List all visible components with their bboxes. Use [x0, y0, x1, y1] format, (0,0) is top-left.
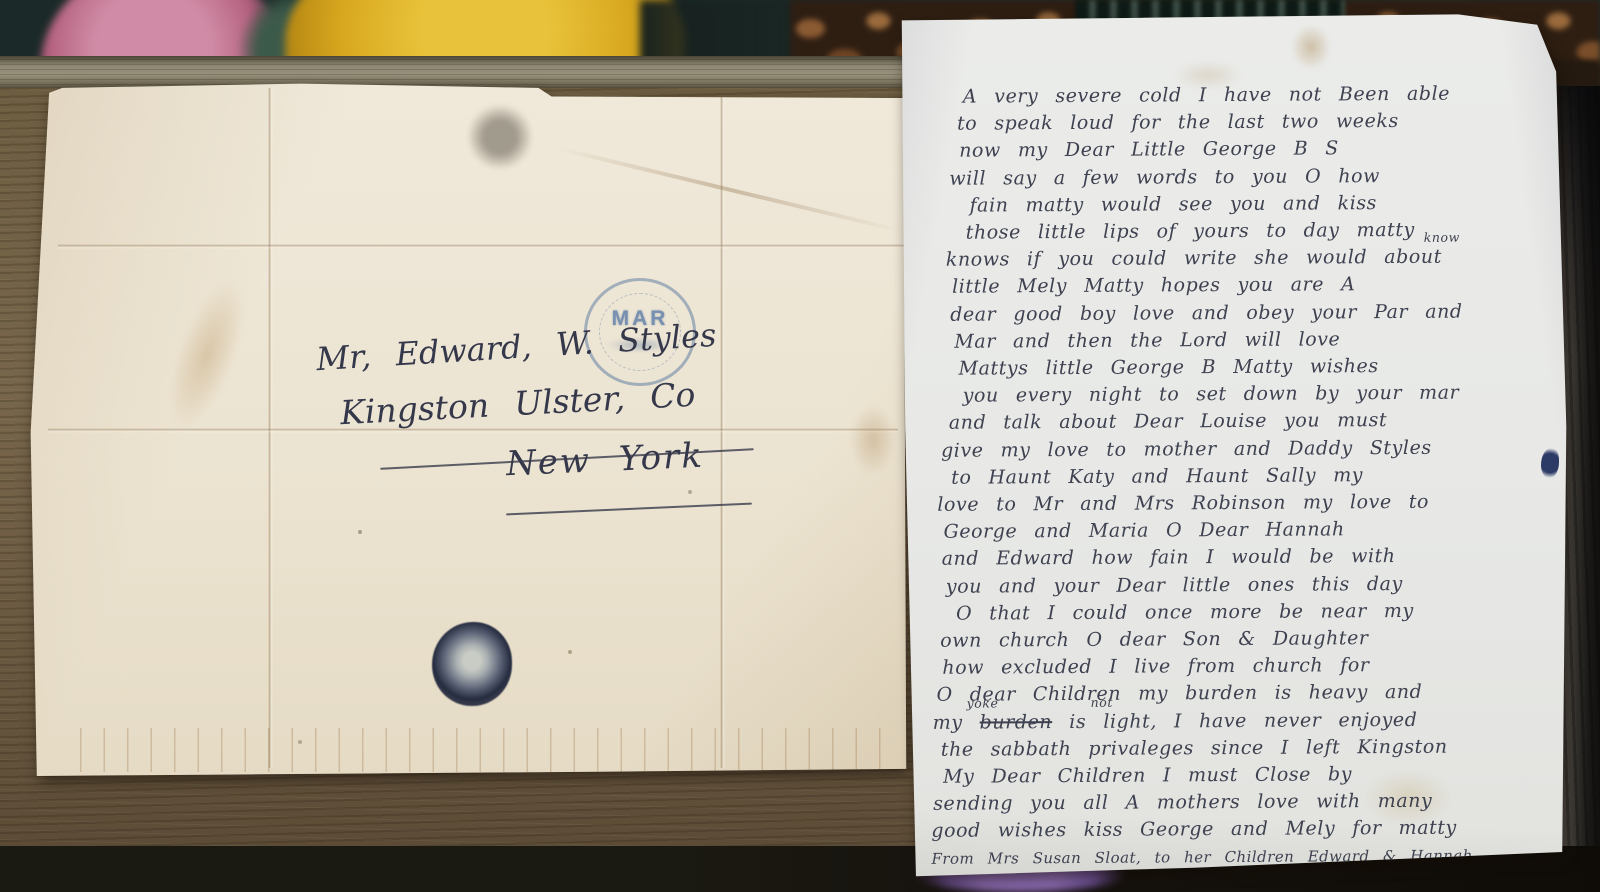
address-underline — [506, 503, 752, 516]
table-plank-edge — [0, 56, 912, 90]
letter-line: fain matty would see you and kiss — [969, 189, 1567, 220]
address-city: Kingston Ulster, Co — [339, 375, 696, 433]
letter-text: A very severe cold I have not Been ablet… — [890, 8, 1571, 880]
bleed-through-lines — [58, 728, 898, 772]
letter-line: dear good boy love and obey your Par and — [950, 298, 1568, 329]
letter-line: good wishes kiss George and Mely for mat… — [931, 814, 1571, 845]
letter-line: how excluded I live from church for — [942, 651, 1570, 682]
letter-line: A very severe cold I have not Been able — [963, 80, 1567, 111]
flap-crease — [556, 146, 903, 233]
paper-stain — [152, 270, 261, 440]
letter-line: O dear Children my burden is heavy and — [936, 678, 1570, 709]
letter-line: Mar and then the Lord will love — [954, 325, 1568, 356]
paper-stain — [850, 405, 896, 475]
wax-seal-blot — [432, 622, 512, 706]
letter-line: to speak loud for the last two weeks — [957, 107, 1567, 138]
letter-line: and talk about Dear Louise you must — [949, 406, 1569, 437]
inserted-word: know — [1424, 232, 1460, 244]
letter-line: George and Maria O Dear Hannah — [943, 515, 1569, 546]
letter-line: My Dear Children I must Close by — [943, 760, 1571, 791]
letter-page: A very severe cold I have not Been ablet… — [893, 10, 1569, 878]
envelope: MAR Mr, Edward, W. Styles Kingston Ulste… — [28, 60, 908, 776]
letter-line: and Edward how fain I would be with — [942, 542, 1570, 573]
letter-line: love to Mr and Mrs Robinson my love to — [937, 488, 1569, 519]
letter-line: those little lips of yours to day matty — [966, 216, 1568, 247]
fold-crease — [58, 244, 904, 249]
inserted-word: not — [1091, 696, 1113, 708]
letter-line: my burden is light, I have never enjoyed… — [933, 706, 1571, 737]
letter-line: the sabbath privaleges since I left King… — [941, 733, 1571, 764]
letter-line: O that I could once more be near my — [956, 597, 1570, 628]
fold-crease — [48, 428, 898, 433]
inserted-word: yoke — [967, 697, 999, 709]
letter-line: knows if you could write she would about… — [946, 243, 1568, 274]
letter-line: will say a few words to you O how — [949, 162, 1567, 193]
letter-line: own church O dear Son & Daughter — [940, 624, 1570, 655]
letter-line: you every night to set down by your mar — [963, 379, 1569, 410]
letter-line: now my Dear Little George B S — [959, 134, 1567, 165]
letter-line: Mattys little George B Matty wishes — [958, 352, 1568, 383]
letter-line: give my love to mother and Daddy Styles — [941, 434, 1569, 465]
foxing-dots — [358, 530, 362, 534]
letter-line: sending you all A mothers love with many — [933, 787, 1571, 818]
paper-smudge — [468, 104, 532, 170]
letter-line: you and your Dear little ones this day — [946, 570, 1570, 601]
letter-line: little Mely Matty hopes you are A — [952, 270, 1568, 301]
letter-line: to Haunt Katy and Haunt Sally my — [951, 461, 1569, 492]
